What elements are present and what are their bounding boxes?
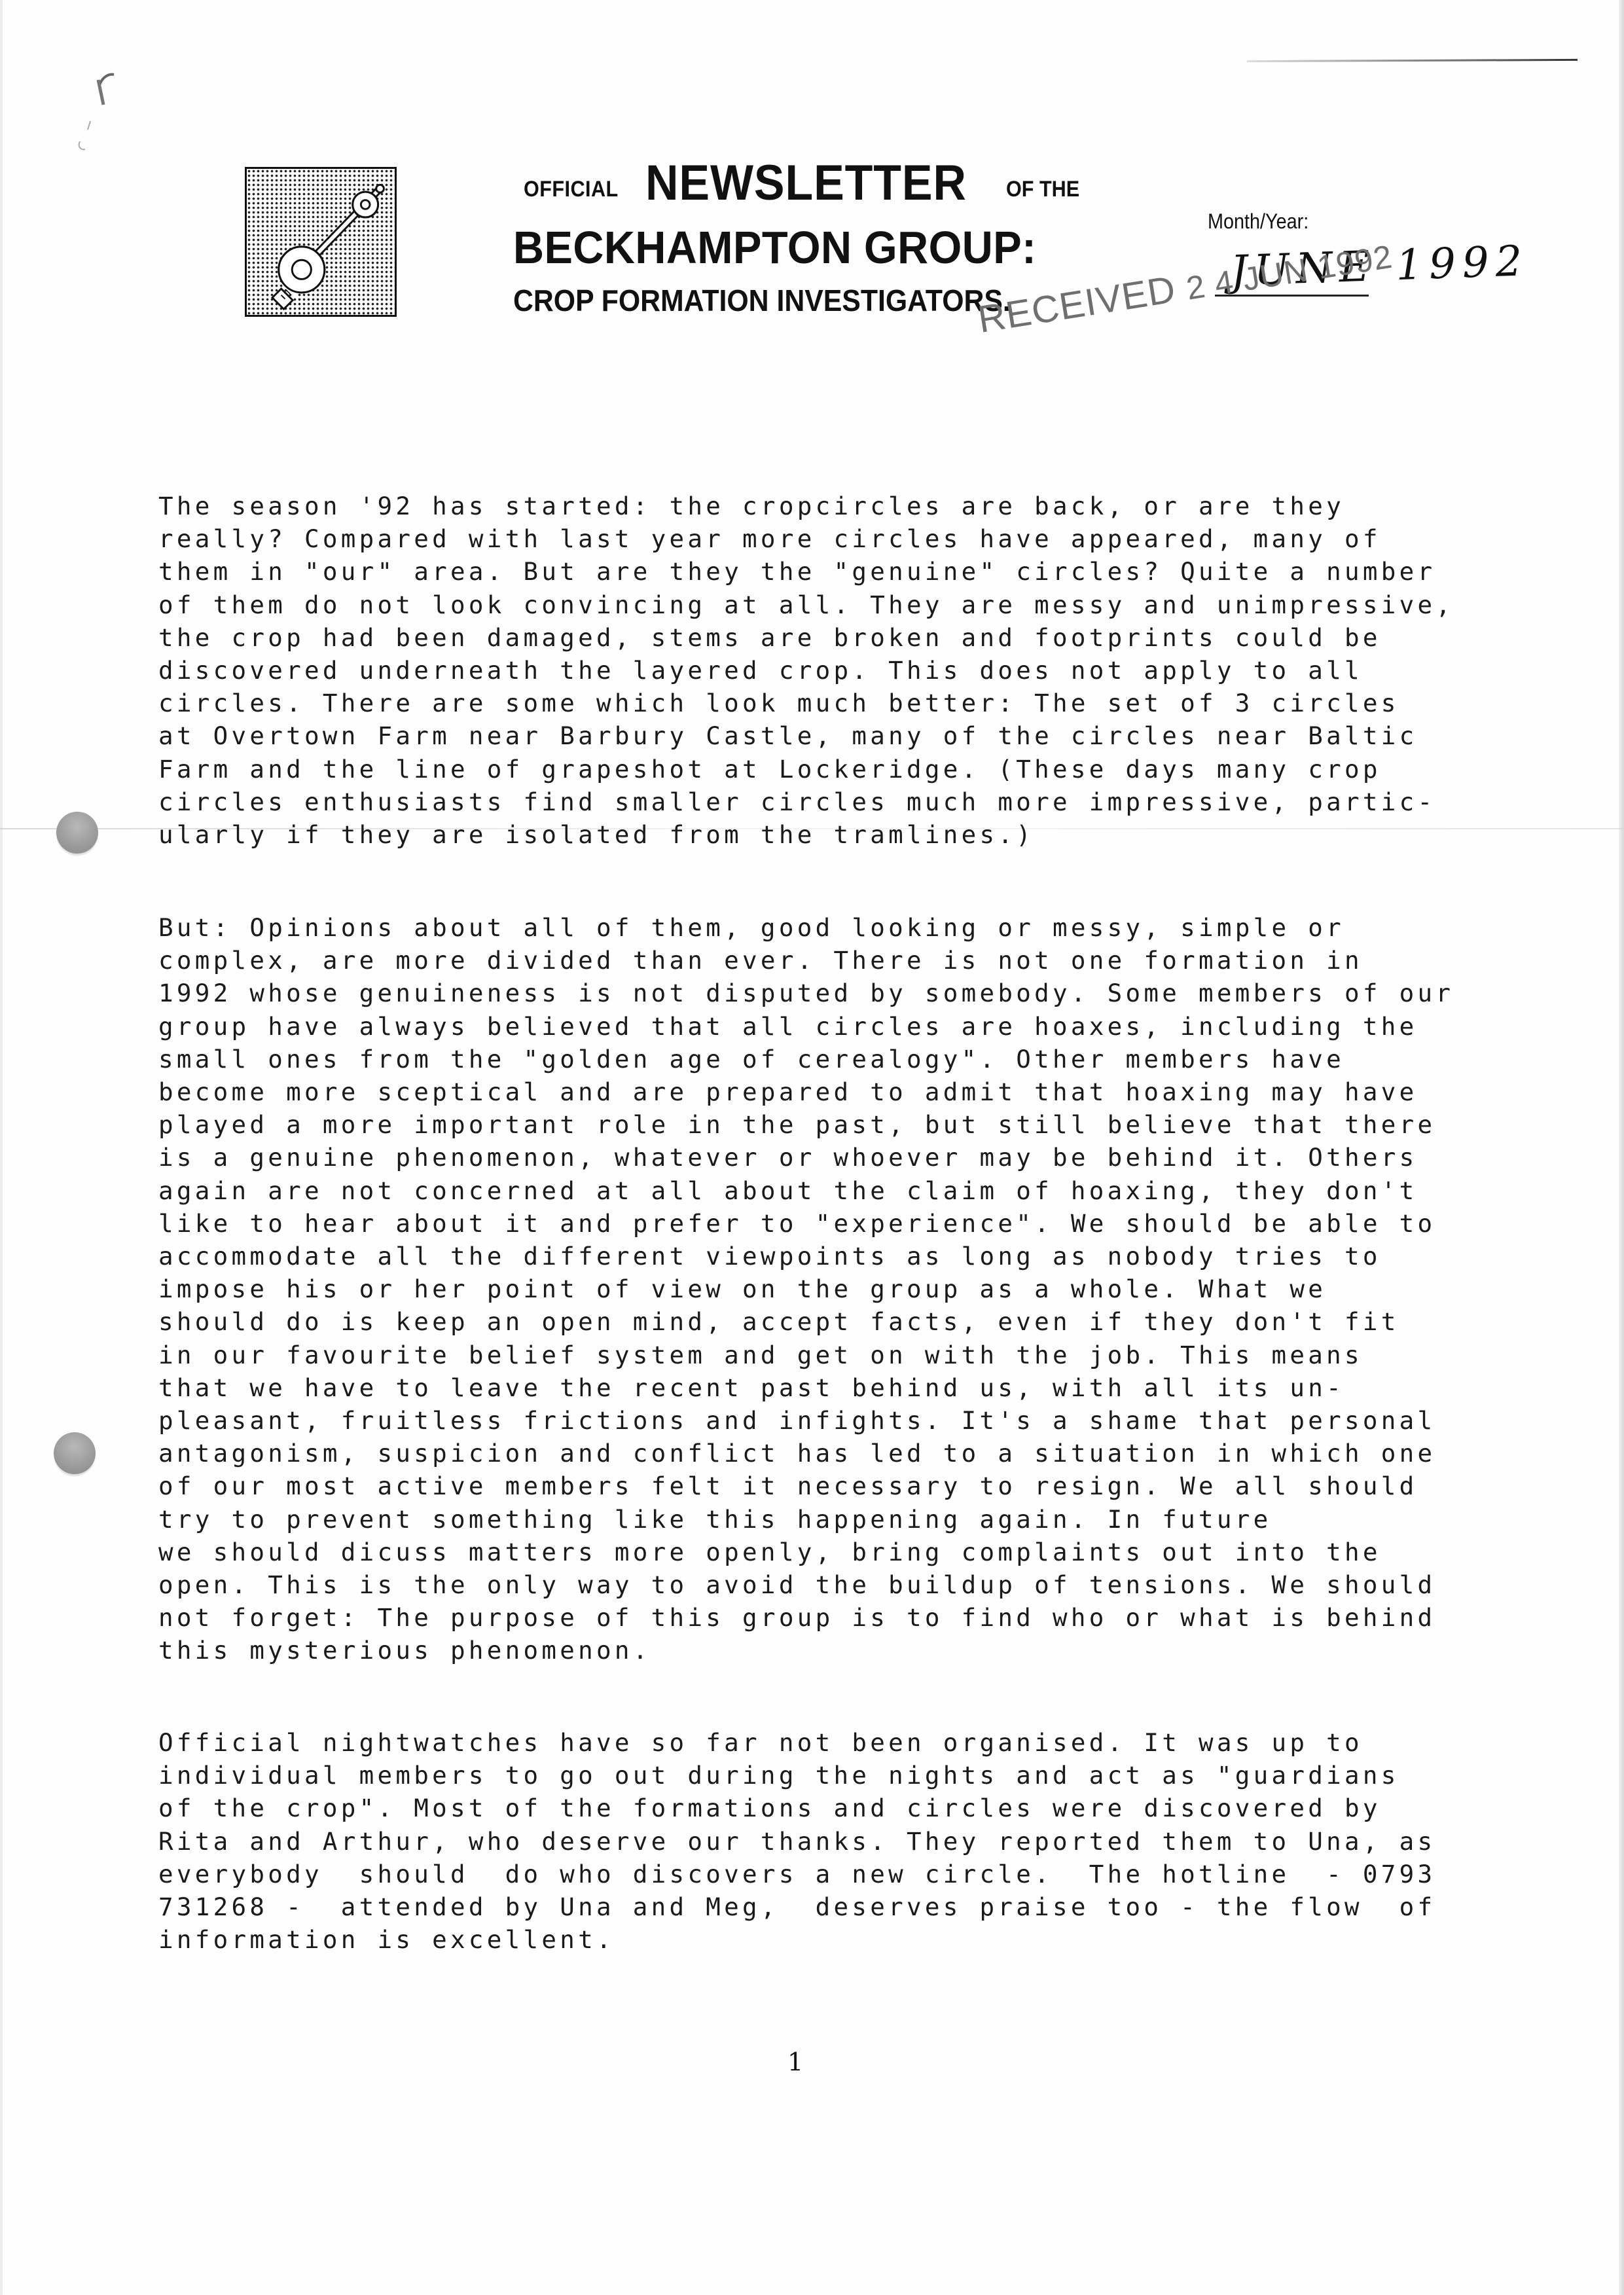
group-logo [245, 167, 397, 317]
text-line: complex, are more divided than ever. The… [158, 944, 1454, 977]
text-line: circles. There are some which look much … [158, 687, 1454, 719]
text-line: try to prevent something like this happe… [158, 1503, 1454, 1536]
text-line: small ones from the "golden age of cerea… [158, 1043, 1454, 1075]
header-official-label: OFFICIAL [524, 177, 619, 202]
text-line: of them do not look convincing at all. T… [158, 588, 1454, 621]
text-line: 1992 whose genuineness is not disputed b… [158, 977, 1454, 1009]
text-line: information is excellent. [158, 1923, 1435, 1956]
text-line: open. This is the only way to avoid the … [158, 1568, 1454, 1601]
text-line: not forget: The purpose of this group is… [158, 1601, 1454, 1634]
text-line: antagonism, suspicion and conflict has l… [158, 1437, 1454, 1470]
top-rule-line [1247, 59, 1578, 62]
text-line: played a more important role in the past… [158, 1108, 1454, 1141]
stamp-label: RECEIVED [975, 268, 1179, 341]
paragraph-season-92: The season '92 has started: the cropcirc… [158, 490, 1454, 851]
text-line: really? Compared with last year more cir… [158, 522, 1454, 555]
text-line: everybody should do who discovers a new … [158, 1858, 1435, 1890]
text-line: pleasant, fruitless frictions and infigh… [158, 1404, 1454, 1437]
header-newsletter-title: NEWSLETTER [645, 154, 967, 211]
paragraph-opinions: But: Opinions about all of them, good lo… [158, 911, 1454, 1667]
text-line: at Overtown Farm near Barbury Castle, ma… [158, 719, 1454, 752]
text-line: is a genuine phenomenon, whatever or who… [158, 1141, 1454, 1174]
month-year-label: Month/Year: [1208, 209, 1308, 234]
header-of-the-label: OF THE [1006, 177, 1079, 202]
text-line: individual members to go out during the … [158, 1759, 1435, 1792]
text-line: like to hear about it and prefer to "exp… [158, 1207, 1454, 1240]
text-line: them in "our" area. But are they the "ge… [158, 555, 1454, 588]
text-line: of our most active members felt it neces… [158, 1470, 1454, 1502]
scan-edge-right [1619, 0, 1624, 2295]
text-line: Farm and the line of grapeshot at Locker… [158, 753, 1454, 786]
text-line: The season '92 has started: the cropcirc… [158, 490, 1454, 522]
text-line: the crop had been damaged, stems are bro… [158, 621, 1454, 654]
pen-mark-icon [65, 59, 137, 157]
paragraph-nightwatches: Official nightwatches have so far not be… [158, 1726, 1435, 1956]
text-line: become more sceptical and are prepared t… [158, 1075, 1454, 1108]
text-line: group have always believed that all circ… [158, 1010, 1454, 1043]
text-line: accommodate all the different viewpoints… [158, 1240, 1454, 1273]
text-line: Rita and Arthur, who deserve our thanks.… [158, 1825, 1435, 1858]
text-line: circles enthusiasts find smaller circles… [158, 786, 1454, 818]
text-line: ularly if they are isolated from the tra… [158, 818, 1454, 851]
text-line: in our favourite belief system and get o… [158, 1339, 1454, 1371]
text-line: this mysterious phenomenon. [158, 1634, 1454, 1667]
text-line: that we have to leave the recent past be… [158, 1371, 1454, 1404]
text-line: should do is keep an open mind, accept f… [158, 1305, 1454, 1338]
header-group-name: BECKHAMPTON GROUP: [513, 221, 1036, 274]
scan-edge-left [0, 0, 3, 2295]
punch-hole [56, 812, 98, 854]
key-with-circles-icon [247, 169, 395, 315]
text-line: again are not concerned at all about the… [158, 1174, 1454, 1207]
page-number: 1 [787, 2048, 803, 2076]
newsletter-page: OFFICIAL NEWSLETTER OF THE BECKHAMPTON G… [0, 0, 1624, 2295]
text-line: But: Opinions about all of them, good lo… [158, 911, 1454, 944]
text-line: impose his or her point of view on the g… [158, 1273, 1454, 1305]
punch-hole [54, 1432, 96, 1474]
text-line: we should dicuss matters more openly, br… [158, 1536, 1454, 1568]
header-subtitle: CROP FORMATION INVESTIGATORS. [513, 283, 1011, 318]
text-line: Official nightwatches have so far not be… [158, 1726, 1435, 1759]
text-line: 731268 - attended by Una and Meg, deserv… [158, 1890, 1435, 1923]
text-line: discovered underneath the layered crop. … [158, 654, 1454, 687]
text-line: of the crop". Most of the formations and… [158, 1792, 1435, 1824]
